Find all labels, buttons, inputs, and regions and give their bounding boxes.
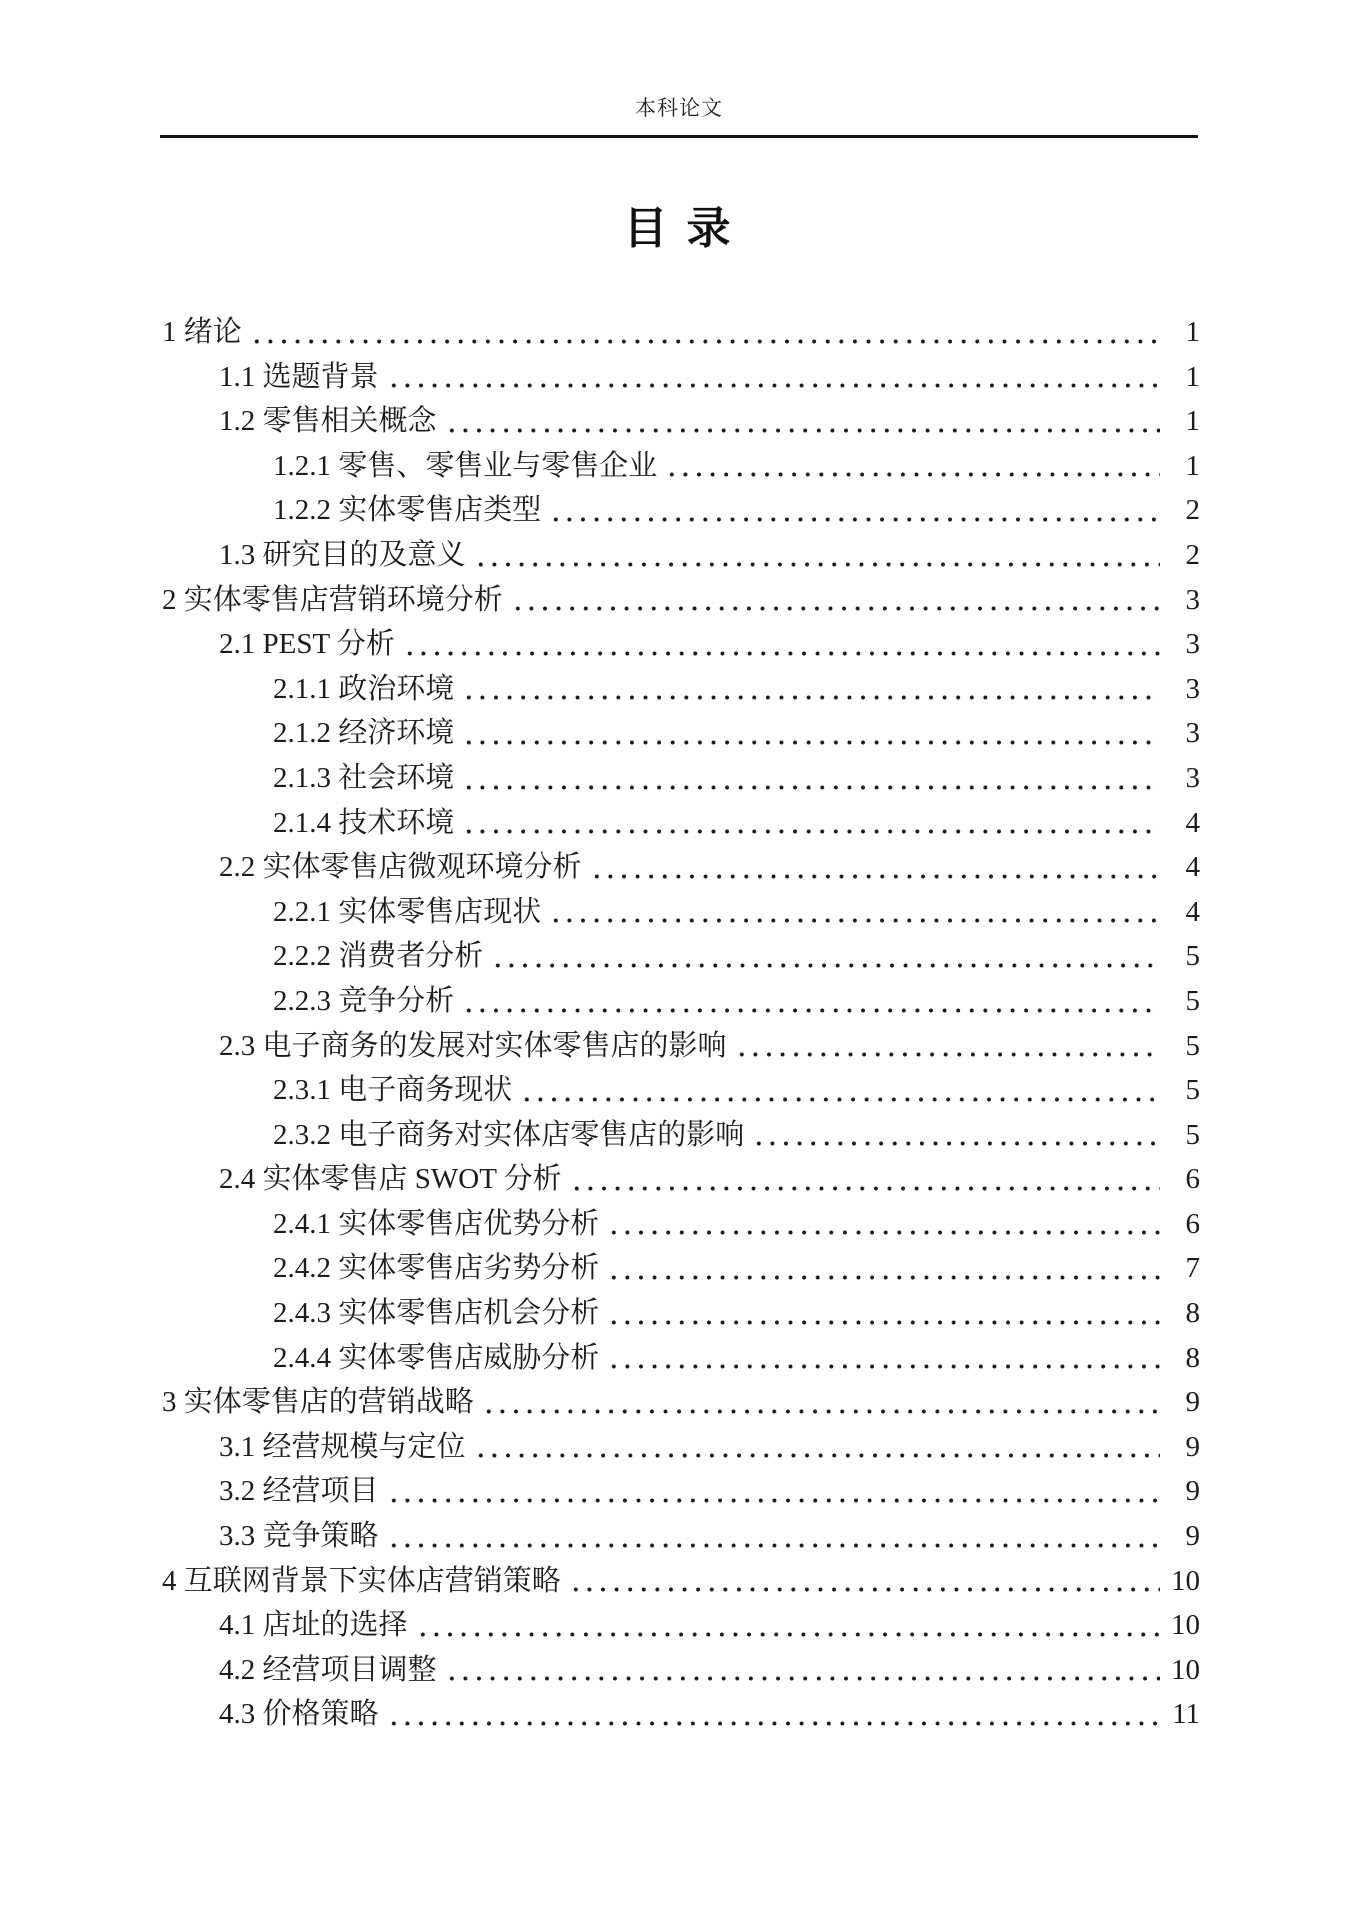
toc-entry[interactable]: 2.1.1 政治环境3 bbox=[162, 667, 1200, 712]
toc-dot-leader bbox=[569, 1587, 1160, 1592]
toc-dot-leader bbox=[387, 1498, 1160, 1503]
toc-dot-leader bbox=[607, 1364, 1160, 1369]
toc-dot-leader bbox=[387, 1721, 1160, 1726]
toc-page-number: 2 bbox=[1166, 533, 1200, 578]
toc-entry[interactable]: 2.2.3 竞争分析5 bbox=[162, 979, 1200, 1024]
toc-page-number: 1 bbox=[1166, 444, 1200, 489]
toc-dot-leader bbox=[491, 963, 1160, 968]
toc-dot-leader bbox=[387, 383, 1160, 388]
toc-page-number: 9 bbox=[1166, 1514, 1200, 1559]
toc-page-number: 5 bbox=[1166, 979, 1200, 1024]
toc-dot-leader bbox=[570, 1186, 1160, 1191]
toc-dot-leader bbox=[549, 918, 1160, 923]
toc-page-number: 10 bbox=[1166, 1559, 1200, 1604]
toc-dot-leader bbox=[482, 1409, 1160, 1414]
toc-entry-label: 2.4.3 实体零售店机会分析 bbox=[273, 1291, 599, 1336]
toc-page-number: 1 bbox=[1166, 355, 1200, 400]
header-rule bbox=[160, 135, 1198, 138]
toc-entry[interactable]: 2.4.3 实体零售店机会分析8 bbox=[162, 1291, 1200, 1336]
toc-page-number: 5 bbox=[1166, 1068, 1200, 1113]
toc-page-number: 1 bbox=[1166, 310, 1200, 355]
toc-dot-leader bbox=[250, 339, 1160, 344]
toc-page-number: 3 bbox=[1166, 578, 1200, 623]
toc-page-number: 8 bbox=[1166, 1336, 1200, 1381]
toc-entry[interactable]: 2.3.1 电子商务现状5 bbox=[162, 1068, 1200, 1113]
toc-entry-label: 2.3.1 电子商务现状 bbox=[273, 1068, 512, 1113]
toc-entry[interactable]: 3.2 经营项目9 bbox=[162, 1469, 1200, 1514]
toc-entry-label: 2.3.2 电子商务对实体店零售店的影响 bbox=[273, 1113, 744, 1158]
toc-dot-leader bbox=[462, 1008, 1160, 1013]
toc-entry[interactable]: 1.2.1 零售、零售业与零售企业1 bbox=[162, 444, 1200, 489]
toc-entry-label: 2.4.4 实体零售店威胁分析 bbox=[273, 1336, 599, 1381]
toc-page-number: 11 bbox=[1166, 1692, 1200, 1737]
toc-entry[interactable]: 1 绪论1 bbox=[162, 310, 1200, 355]
toc-entry[interactable]: 2.3 电子商务的发展对实体零售店的影响5 bbox=[162, 1024, 1200, 1069]
toc-dot-leader bbox=[607, 1320, 1160, 1325]
toc-entry[interactable]: 2 实体零售店营销环境分析3 bbox=[162, 578, 1200, 623]
toc-entry[interactable]: 1.2.2 实体零售店类型2 bbox=[162, 488, 1200, 533]
toc-entry[interactable]: 2.4.4 实体零售店威胁分析8 bbox=[162, 1336, 1200, 1381]
toc-dot-leader bbox=[607, 1230, 1160, 1235]
toc-page-number: 7 bbox=[1166, 1246, 1200, 1291]
toc-entry[interactable]: 3.3 竞争策略9 bbox=[162, 1514, 1200, 1559]
toc-page-number: 3 bbox=[1166, 667, 1200, 712]
page-header-text: 本科论文 bbox=[0, 0, 1358, 120]
document-page: 本科论文 目 录 1 绪论11.1 选题背景11.2 零售相关概念11.2.1 … bbox=[0, 0, 1358, 1920]
toc-list: 1 绪论11.1 选题背景11.2 零售相关概念11.2.1 零售、零售业与零售… bbox=[0, 310, 1358, 1737]
toc-entry-label: 1 绪论 bbox=[162, 310, 242, 355]
toc-page-number: 1 bbox=[1166, 399, 1200, 444]
toc-entry-label: 1.1 选题背景 bbox=[219, 355, 379, 400]
toc-dot-leader bbox=[665, 472, 1160, 477]
toc-entry-label: 4.2 经营项目调整 bbox=[219, 1648, 437, 1693]
toc-entry[interactable]: 2.2.2 消费者分析5 bbox=[162, 934, 1200, 979]
toc-dot-leader bbox=[462, 740, 1160, 745]
toc-entry-label: 2.1.3 社会环境 bbox=[273, 756, 454, 801]
toc-entry-label: 4.3 价格策略 bbox=[219, 1692, 379, 1737]
toc-page-number: 3 bbox=[1166, 622, 1200, 667]
toc-dot-leader bbox=[387, 1543, 1160, 1548]
toc-entry[interactable]: 4.2 经营项目调整10 bbox=[162, 1648, 1200, 1693]
toc-entry[interactable]: 1.2 零售相关概念1 bbox=[162, 399, 1200, 444]
toc-page-number: 5 bbox=[1166, 1024, 1200, 1069]
toc-dot-leader bbox=[735, 1052, 1160, 1057]
toc-entry-label: 2.4.1 实体零售店优势分析 bbox=[273, 1202, 599, 1247]
toc-entry-label: 3.2 经营项目 bbox=[219, 1469, 379, 1514]
toc-entry[interactable]: 2.1.4 技术环境4 bbox=[162, 801, 1200, 846]
toc-entry-label: 4.1 店址的选择 bbox=[219, 1603, 408, 1648]
toc-entry-label: 2.2.3 竞争分析 bbox=[273, 979, 454, 1024]
toc-entry[interactable]: 4.3 价格策略11 bbox=[162, 1692, 1200, 1737]
toc-entry-label: 2.4 实体零售店 SWOT 分析 bbox=[219, 1157, 562, 1202]
toc-dot-leader bbox=[416, 1632, 1160, 1637]
toc-entry[interactable]: 3 实体零售店的营销战略9 bbox=[162, 1380, 1200, 1425]
toc-entry[interactable]: 2.1.3 社会环境3 bbox=[162, 756, 1200, 801]
toc-entry-label: 1.2 零售相关概念 bbox=[219, 399, 437, 444]
toc-dot-leader bbox=[607, 1275, 1160, 1280]
toc-entry[interactable]: 2.1.2 经济环境3 bbox=[162, 711, 1200, 756]
toc-entry-label: 2 实体零售店营销环境分析 bbox=[162, 578, 503, 623]
toc-page-number: 5 bbox=[1166, 934, 1200, 979]
toc-entry-label: 3.3 竞争策略 bbox=[219, 1514, 379, 1559]
toc-entry[interactable]: 2.2.1 实体零售店现状4 bbox=[162, 890, 1200, 935]
toc-page-number: 8 bbox=[1166, 1291, 1200, 1336]
toc-dot-leader bbox=[462, 829, 1160, 834]
toc-entry-label: 2.1.2 经济环境 bbox=[273, 711, 454, 756]
toc-dot-leader bbox=[474, 562, 1160, 567]
toc-page-number: 2 bbox=[1166, 488, 1200, 533]
toc-entry-label: 2.1.4 技术环境 bbox=[273, 801, 454, 846]
toc-dot-leader bbox=[752, 1141, 1160, 1146]
toc-entry[interactable]: 2.4.2 实体零售店劣势分析7 bbox=[162, 1246, 1200, 1291]
toc-page-number: 9 bbox=[1166, 1469, 1200, 1514]
toc-page-number: 10 bbox=[1166, 1603, 1200, 1648]
toc-entry[interactable]: 4.1 店址的选择10 bbox=[162, 1603, 1200, 1648]
toc-dot-leader bbox=[445, 1676, 1160, 1681]
toc-page-number: 4 bbox=[1166, 845, 1200, 890]
toc-dot-leader bbox=[511, 606, 1160, 611]
toc-entry-label: 3.1 经营规模与定位 bbox=[219, 1425, 466, 1470]
toc-page-number: 10 bbox=[1166, 1648, 1200, 1693]
toc-dot-leader bbox=[474, 1453, 1160, 1458]
toc-entry[interactable]: 2.1 PEST 分析3 bbox=[162, 622, 1200, 667]
toc-page-number: 3 bbox=[1166, 711, 1200, 756]
toc-page-number: 9 bbox=[1166, 1425, 1200, 1470]
toc-entry-label: 2.4.2 实体零售店劣势分析 bbox=[273, 1246, 599, 1291]
toc-page-number: 4 bbox=[1166, 801, 1200, 846]
toc-page-number: 4 bbox=[1166, 890, 1200, 935]
toc-entry-label: 2.3 电子商务的发展对实体零售店的影响 bbox=[219, 1024, 727, 1069]
toc-entry[interactable]: 3.1 经营规模与定位9 bbox=[162, 1425, 1200, 1470]
toc-entry[interactable]: 1.1 选题背景1 bbox=[162, 355, 1200, 400]
toc-page-number: 6 bbox=[1166, 1202, 1200, 1247]
toc-entry-label: 1.2.1 零售、零售业与零售企业 bbox=[273, 444, 657, 489]
toc-dot-leader bbox=[549, 517, 1160, 522]
toc-entry[interactable]: 1.3 研究目的及意义2 bbox=[162, 533, 1200, 578]
toc-entry[interactable]: 2.2 实体零售店微观环境分析4 bbox=[162, 845, 1200, 890]
toc-page-number: 3 bbox=[1166, 756, 1200, 801]
toc-dot-leader bbox=[403, 651, 1160, 656]
toc-page-number: 5 bbox=[1166, 1113, 1200, 1158]
toc-entry-label: 1.2.2 实体零售店类型 bbox=[273, 488, 541, 533]
toc-entry[interactable]: 2.3.2 电子商务对实体店零售店的影响5 bbox=[162, 1113, 1200, 1158]
toc-entry-label: 2.2 实体零售店微观环境分析 bbox=[219, 845, 582, 890]
toc-dot-leader bbox=[462, 695, 1160, 700]
toc-page-number: 9 bbox=[1166, 1380, 1200, 1425]
toc-entry-label: 2.2.1 实体零售店现状 bbox=[273, 890, 541, 935]
toc-entry-label: 2.2.2 消费者分析 bbox=[273, 934, 483, 979]
toc-dot-leader bbox=[462, 785, 1160, 790]
toc-entry-label: 4 互联网背景下实体店营销策略 bbox=[162, 1559, 561, 1604]
toc-entry[interactable]: 2.4.1 实体零售店优势分析6 bbox=[162, 1202, 1200, 1247]
toc-entry-label: 1.3 研究目的及意义 bbox=[219, 533, 466, 578]
toc-entry[interactable]: 4 互联网背景下实体店营销策略10 bbox=[162, 1559, 1200, 1604]
toc-entry-label: 2.1 PEST 分析 bbox=[219, 622, 395, 667]
toc-entry-label: 3 实体零售店的营销战略 bbox=[162, 1380, 474, 1425]
toc-dot-leader bbox=[520, 1097, 1160, 1102]
toc-dot-leader bbox=[590, 874, 1160, 879]
toc-entry-label: 2.1.1 政治环境 bbox=[273, 667, 454, 712]
toc-title: 目 录 bbox=[0, 202, 1358, 256]
toc-dot-leader bbox=[445, 428, 1160, 433]
toc-entry[interactable]: 2.4 实体零售店 SWOT 分析6 bbox=[162, 1157, 1200, 1202]
toc-page-number: 6 bbox=[1166, 1157, 1200, 1202]
